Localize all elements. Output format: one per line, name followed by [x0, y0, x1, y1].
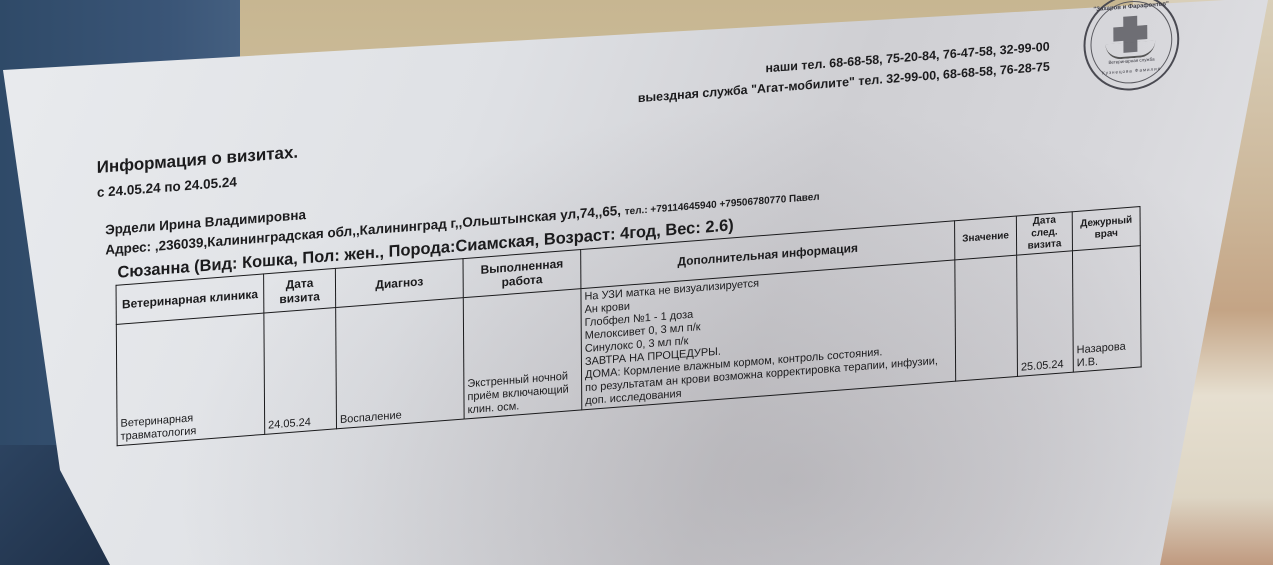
owner-phones: тел.: +79114645940 +79506780770 Павел: [625, 192, 820, 218]
stamp-ring-text: "Захаров и Фарафонтов": [1091, 1, 1171, 13]
stamp-bottom-text: Кузнецова Фамилия: [1092, 65, 1172, 76]
cell-diagnosis: Воспаление: [336, 298, 464, 429]
col-header-value: Значение: [955, 216, 1017, 260]
clinic-phones: наши тел. 68-68-58, 75-20-84, 76-47-58, …: [638, 36, 1050, 108]
col-header-next-visit: Дата след. визита: [1016, 212, 1072, 255]
cell-value: [955, 255, 1018, 381]
cell-clinic: Ветеринарная травматология: [116, 313, 264, 446]
clinic-stamp-icon: "Захаров и Фарафонтов" Ветеринарная служ…: [1083, 0, 1179, 94]
cell-next-visit-date: 25.05.24: [1017, 251, 1074, 377]
cell-work-done: Экстренный ночной приём включающий клин.…: [463, 289, 581, 419]
cell-doctor: Назарова И.В.: [1072, 246, 1141, 373]
cell-visit-date: 24.05.24: [264, 308, 337, 435]
document-title: Информация о визитах.: [97, 142, 298, 178]
col-header-doctor: Дежурный врач: [1072, 207, 1140, 251]
document-content: наши тел. 68-68-58, 75-20-84, 76-47-58, …: [92, 0, 1192, 499]
col-header-visit-date: Дата визита: [264, 268, 336, 313]
pet-name: Сюзанна: [117, 258, 189, 282]
document-period: с 24.05.24 по 24.05.24: [97, 174, 237, 200]
cross-icon-bar: [1113, 25, 1147, 42]
